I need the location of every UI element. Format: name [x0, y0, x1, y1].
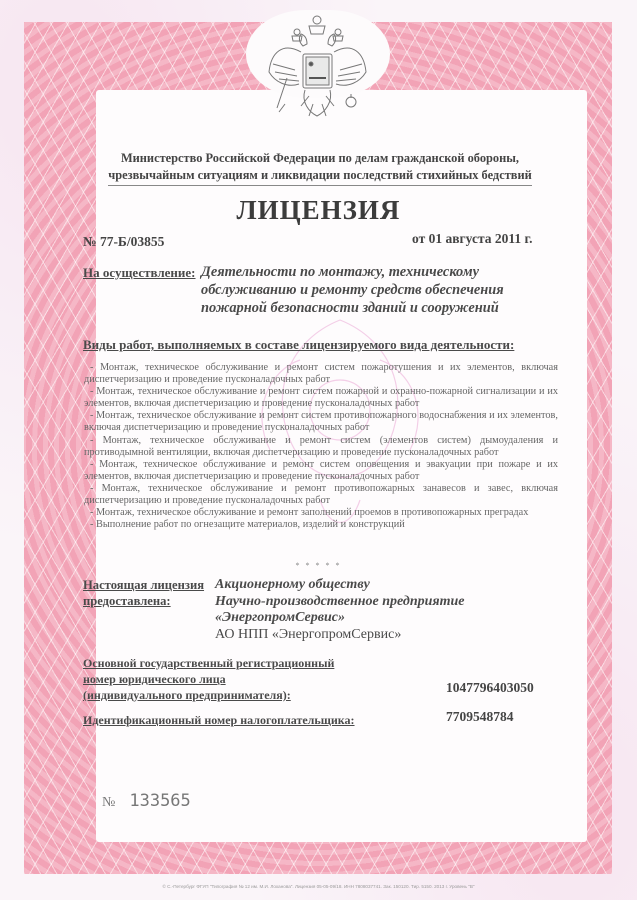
inn-label: Идентификационный номер налогоплательщик… [83, 713, 355, 728]
grant-label: Настоящая лицензия предоставлена: [83, 577, 204, 609]
grantee-line-3: «ЭнергопромСервис» [215, 610, 555, 627]
grant-label-line-2: предоставлена: [83, 593, 204, 609]
purpose-label: На осуществление: [83, 265, 196, 281]
work-item: - Монтаж, техническое обслуживание и рем… [84, 435, 558, 459]
work-item: - Монтаж, техническое обслуживание и рем… [84, 483, 558, 507]
document-title: ЛИЦЕНЗИЯ [0, 195, 637, 226]
grant-label-line-1: Настоящая лицензия [83, 577, 204, 593]
ministry-line-1: Министерство Российской Федерации по дел… [80, 150, 560, 167]
license-date: от 01 августа 2011 г. [412, 231, 533, 247]
grantee-line-2: Научно-производственное предприятие [215, 594, 555, 611]
works-label: Виды работ, выполняемых в составе лиценз… [83, 337, 514, 353]
grantee-short-name: АО НПП «ЭнергопромСервис» [215, 627, 555, 644]
work-item: - Монтаж, техническое обслуживание и рем… [84, 410, 558, 434]
work-item: - Монтаж, техническое обслуживание и рем… [84, 362, 558, 386]
ogrn-label-line-3: (индивидуального предпринимателя): [83, 687, 383, 703]
ogrn-label: Основной государственный регистрационный… [83, 655, 383, 703]
works-list: - Монтаж, техническое обслуживание и рем… [84, 362, 558, 531]
work-item: - Монтаж, техническое обслуживание и рем… [84, 386, 558, 410]
form-serial-number: №133565 [102, 791, 191, 811]
issuing-authority: Министерство Российской Федерации по дел… [80, 150, 560, 186]
ogrn-label-line-2: номер юридического лица [83, 671, 383, 687]
printer-imprint: © С.-Петербург ФГУП "Типография № 12 им.… [0, 884, 637, 889]
grantee: Акционерному обществу Научно-производств… [215, 577, 555, 643]
number-sign: № [102, 795, 115, 810]
license-number: № 77-Б/03855 [83, 234, 164, 250]
work-item: - Монтаж, техническое обслуживание и рем… [84, 459, 558, 483]
separator: * * * * * [0, 561, 637, 570]
inn-value: 7709548784 [446, 709, 514, 725]
certificate-content: Министерство Российской Федерации по дел… [0, 0, 637, 900]
work-item: - Выполнение работ по огнезащите материа… [84, 519, 558, 531]
ministry-line-2: чрезвычайным ситуациям и ликвидации посл… [108, 167, 532, 186]
purpose-text: Деятельности по монтажу, техническому об… [201, 263, 541, 317]
work-item: - Монтаж, техническое обслуживание и рем… [84, 507, 558, 519]
ogrn-value: 1047796403050 [446, 680, 534, 696]
grantee-line-1: Акционерному обществу [215, 577, 555, 594]
ogrn-label-line-1: Основной государственный регистрационный [83, 655, 383, 671]
serial-value: 133565 [129, 791, 190, 811]
